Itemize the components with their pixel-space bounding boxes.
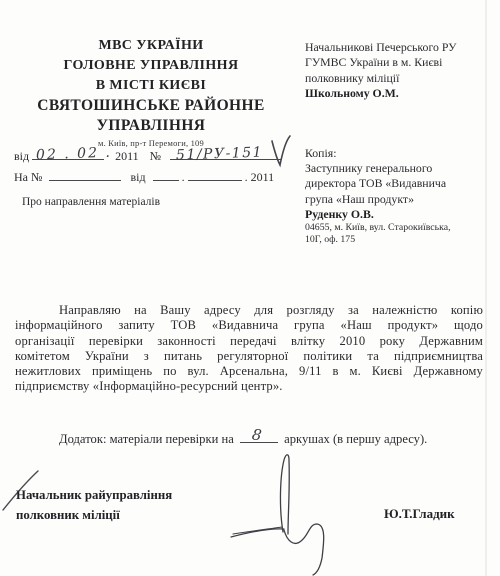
signer-title-block: Начальник райуправління полковник міліці… bbox=[16, 485, 172, 525]
copy-name: Руденку О.В. bbox=[305, 207, 495, 222]
attachment-prefix: Додаток: матеріали перевірки на bbox=[59, 432, 234, 446]
signer-name: Ю.Т.Гладик bbox=[384, 506, 455, 522]
incoming-year-printed: . 2011 bbox=[245, 170, 275, 184]
incoming-number-blank bbox=[49, 168, 121, 181]
body-line: Направляю на Вашу адресу для розгляду за… bbox=[15, 303, 483, 318]
body-line: комітетом України з питань регуляторної … bbox=[15, 349, 483, 364]
outgoing-ref-line: від 02 . 02 . 2011 № 51/РУ-151 bbox=[14, 147, 282, 164]
org-name-line: МВС УКРАЇНИ bbox=[10, 36, 292, 56]
signature-scrawl bbox=[218, 448, 336, 576]
number-blank: 51/РУ-151 bbox=[170, 147, 282, 160]
handwritten-date: 02 . 02 . bbox=[36, 145, 112, 164]
incoming-day-blank bbox=[153, 168, 179, 181]
copy-block: Копія: Заступнику генерального директора… bbox=[305, 146, 495, 247]
copy-line: група «Наш продукт» bbox=[305, 192, 495, 207]
body-paragraph: Направляю на Вашу адресу для розгляду за… bbox=[15, 303, 483, 395]
year-printed: 2011 bbox=[115, 149, 139, 163]
body-line: підприємству «Інформаційно-ресурсний цен… bbox=[15, 379, 483, 394]
date-separator: . bbox=[182, 170, 185, 184]
signer-title-line: полковник міліції bbox=[16, 505, 172, 525]
addressee-line: полковнику міліції bbox=[305, 71, 490, 86]
copy-line: директора ТОВ «Видавнича bbox=[305, 176, 495, 191]
attachment-line: Додаток: матеріали перевірки на 8 аркуша… bbox=[59, 430, 427, 447]
body-line: інформаційного запиту ТОВ «Видавнича гру… bbox=[15, 318, 483, 333]
addressee-line: ГУМВС України в м. Києві bbox=[305, 55, 490, 70]
copy-line: Заступнику генерального bbox=[305, 161, 495, 176]
copy-address-line: 04655, м. Київ, вул. Старокиївська, bbox=[305, 222, 495, 234]
on-number-label: На № bbox=[14, 170, 42, 184]
org-name-line: В МІСТІ КИЄВІ bbox=[10, 76, 292, 96]
incoming-month-blank bbox=[188, 168, 242, 181]
number-label: № bbox=[150, 149, 161, 163]
org-name-line: УПРАВЛІННЯ bbox=[10, 116, 292, 136]
handwritten-sheet-count: 8 bbox=[251, 425, 263, 444]
addressee-line: Начальникові Печерського РУ bbox=[305, 40, 490, 55]
document-page: МВС УКРАЇНИ ГОЛОВНЕ УПРАВЛІННЯ В МІСТІ К… bbox=[0, 0, 500, 576]
letterhead-block: МВС УКРАЇНИ ГОЛОВНЕ УПРАВЛІННЯ В МІСТІ К… bbox=[10, 36, 292, 148]
incoming-ref-line: На № від . . 2011 bbox=[14, 168, 274, 185]
sheets-blank: 8 bbox=[240, 430, 278, 443]
from-label: від bbox=[14, 149, 29, 163]
handwritten-checkmark bbox=[269, 134, 293, 170]
attachment-suffix: аркушах (в першу адресу). bbox=[284, 432, 427, 446]
org-name-line: СВЯТОШИНСЬКЕ РАЙОННЕ bbox=[10, 96, 292, 116]
signer-title-line: Начальник райуправління bbox=[16, 485, 172, 505]
addressee-block: Начальникові Печерського РУ ГУМВС Україн… bbox=[305, 40, 490, 102]
body-line: організації перевірки законності передач… bbox=[15, 334, 483, 349]
copy-address-line: 10Г, оф. 175 bbox=[305, 234, 495, 246]
scan-edge-line bbox=[485, 0, 487, 576]
copy-label: Копія: bbox=[305, 146, 495, 161]
org-name-line: ГОЛОВНЕ УПРАВЛІННЯ bbox=[10, 56, 292, 76]
date-blank: 02 . 02 . bbox=[32, 147, 104, 160]
from-label: від bbox=[130, 170, 145, 184]
addressee-name: Школьному О.М. bbox=[305, 86, 490, 101]
body-line: нежитлових приміщень по вул. Арсенальна,… bbox=[15, 364, 483, 379]
subject-line: Про направлення матеріалів bbox=[22, 196, 160, 208]
handwritten-number: 51/РУ-151 bbox=[176, 144, 264, 163]
